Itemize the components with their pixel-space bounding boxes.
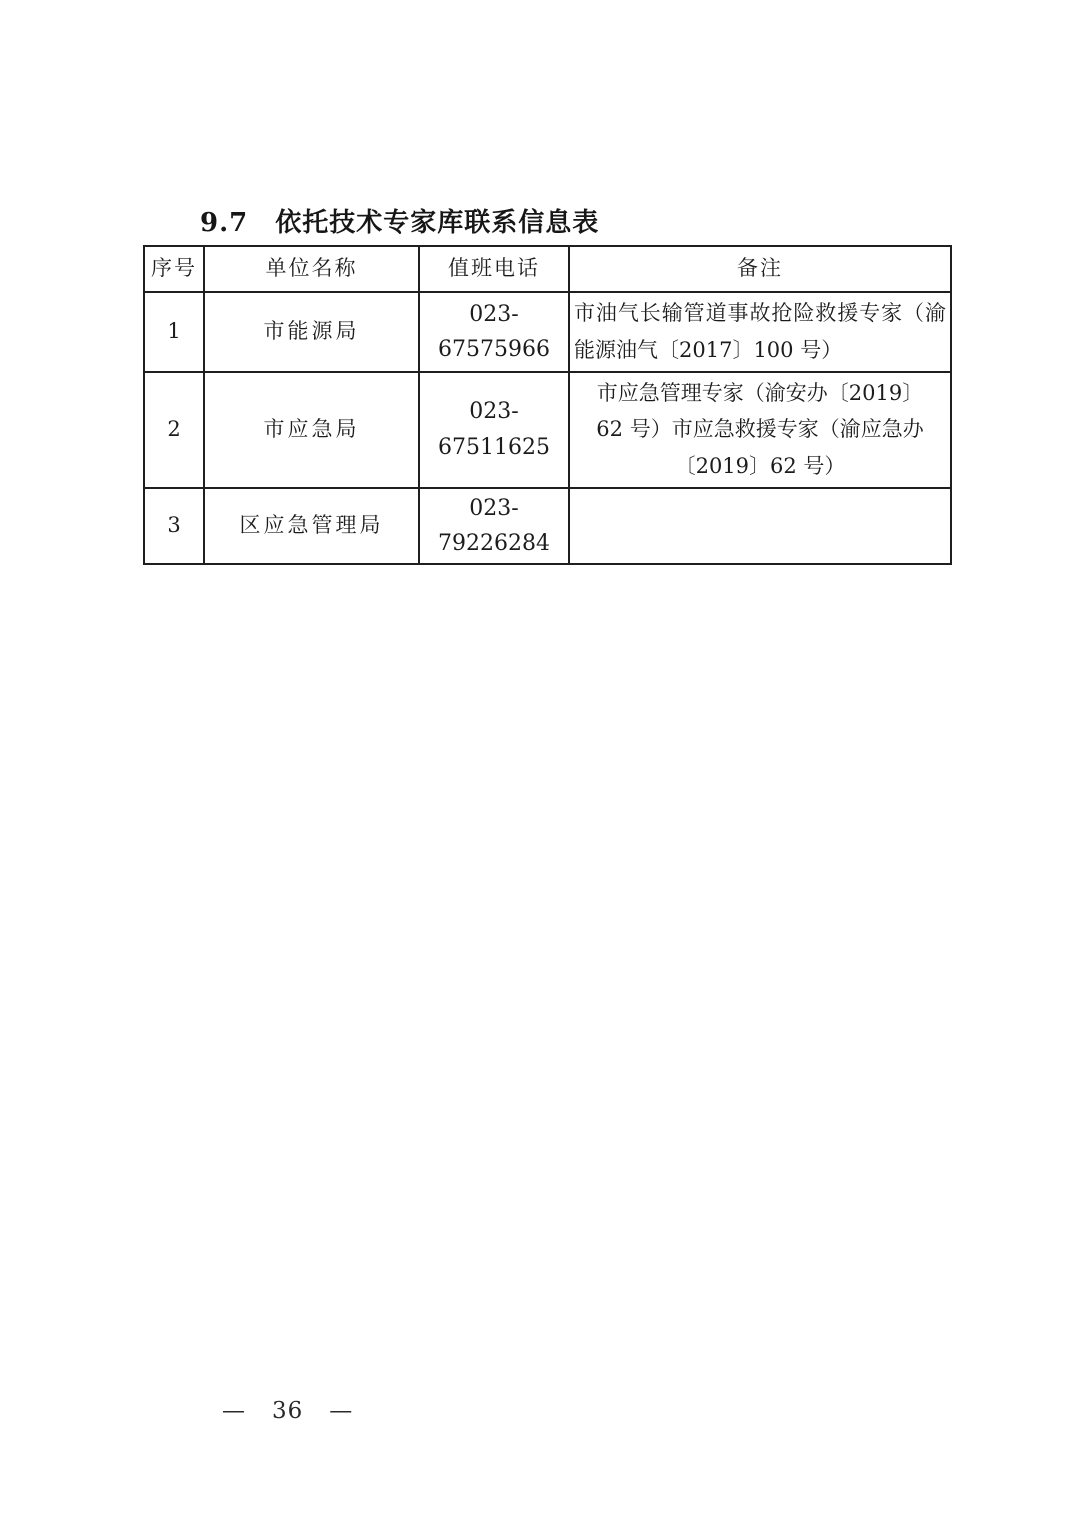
cell-duty-phone: 023-67575966 bbox=[419, 292, 569, 372]
document-page: 9.7 依托技术专家库联系信息表 序号 单位名称 值班电话 备注 1 市能源局 … bbox=[0, 0, 1076, 1520]
cell-duty-phone: 023-79226284 bbox=[419, 488, 569, 564]
cell-remarks: 市应急管理专家（渝安办〔2019〕62 号）市应急救援专家（渝应急办 〔2019… bbox=[569, 372, 951, 488]
section-title: 9.7 依托技术专家库联系信息表 bbox=[200, 202, 599, 239]
header-serial-number: 序号 bbox=[144, 246, 204, 292]
table-row: 2 市应急局 023-67511625 市应急管理专家（渝安办〔2019〕62 … bbox=[144, 372, 951, 488]
contact-info-table: 序号 单位名称 值班电话 备注 1 市能源局 023-67575966 市油气长… bbox=[143, 245, 952, 565]
cell-unit-name: 市应急局 bbox=[204, 372, 419, 488]
page-number: 36 bbox=[272, 1398, 303, 1424]
cell-remarks bbox=[569, 488, 951, 564]
footer-left-dash: — bbox=[222, 1398, 246, 1424]
cell-unit-name: 市能源局 bbox=[204, 292, 419, 372]
cell-remarks: 市油气长输管道事故抢险救援专家（渝能源油气〔2017〕100 号） bbox=[569, 292, 951, 372]
footer-right-dash: — bbox=[329, 1398, 353, 1424]
table-header-row: 序号 单位名称 值班电话 备注 bbox=[144, 246, 951, 292]
cell-serial-number: 2 bbox=[144, 372, 204, 488]
cell-serial-number: 1 bbox=[144, 292, 204, 372]
table-row: 1 市能源局 023-67575966 市油气长输管道事故抢险救援专家（渝能源油… bbox=[144, 292, 951, 372]
page-footer: — 36 — bbox=[222, 1398, 353, 1424]
table-row: 3 区应急管理局 023-79226284 bbox=[144, 488, 951, 564]
header-unit-name: 单位名称 bbox=[204, 246, 419, 292]
header-duty-phone: 值班电话 bbox=[419, 246, 569, 292]
cell-duty-phone: 023-67511625 bbox=[419, 372, 569, 488]
header-remarks: 备注 bbox=[569, 246, 951, 292]
cell-unit-name: 区应急管理局 bbox=[204, 488, 419, 564]
cell-serial-number: 3 bbox=[144, 488, 204, 564]
